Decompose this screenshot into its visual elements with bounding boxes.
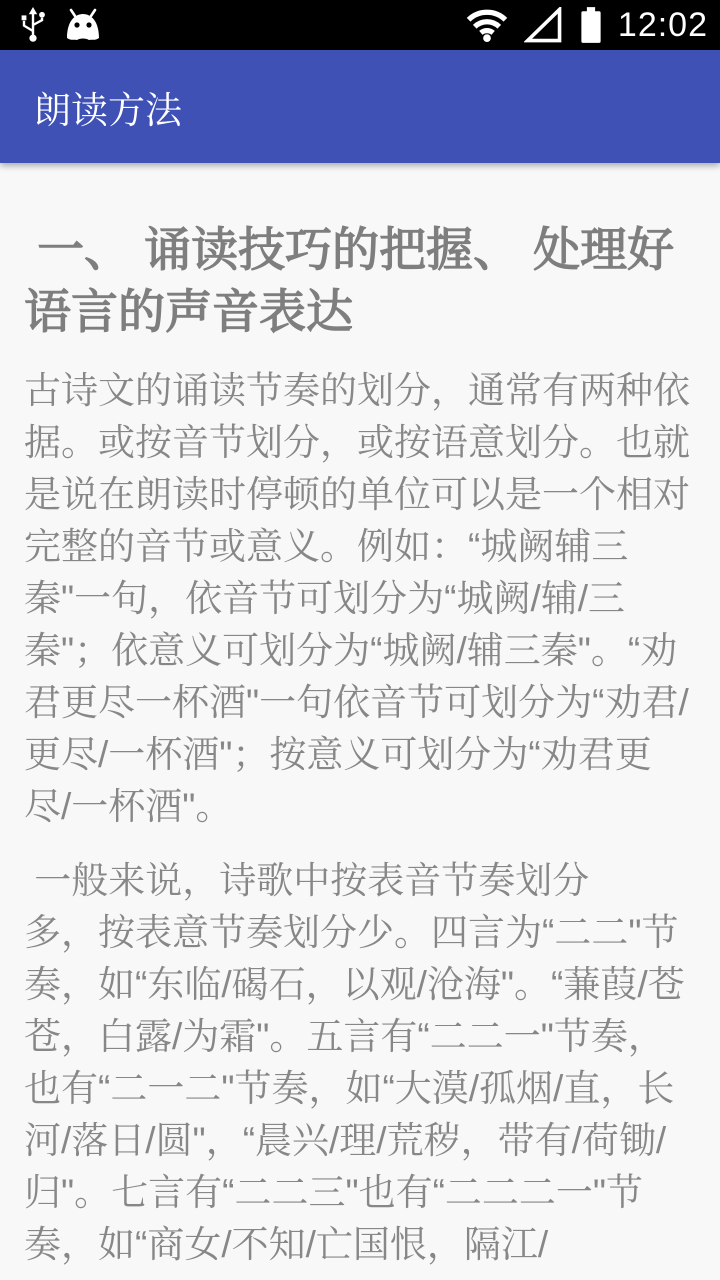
page-title: 朗读方法 — [34, 80, 182, 134]
status-bar-left — [10, 7, 104, 43]
app-bar: 朗读方法 — [0, 50, 720, 163]
article-heading: 一、 诵读技巧的把握、 处理好语言的声音表达 — [24, 219, 698, 343]
paragraph: 一般来说，诗歌中按表音节奏划分 多，按表意节奏划分少。四言为“二二"节奏，如“东… — [24, 855, 698, 1271]
android-debug-icon — [62, 7, 104, 43]
status-bar: 12:02 — [0, 0, 720, 50]
status-bar-right: 12:02 — [466, 0, 710, 50]
wifi-icon — [466, 8, 508, 42]
signal-empty-icon — [524, 7, 564, 43]
paragraph: 古诗文的诵读节奏的划分，通常有两种依据。或按音节划分，或按语意划分。也就是说在朗… — [24, 365, 698, 833]
usb-icon — [18, 7, 48, 43]
battery-full-icon — [580, 7, 602, 43]
clock: 12:02 — [618, 0, 708, 50]
content-scroll[interactable]: 一、 诵读技巧的把握、 处理好语言的声音表达 古诗文的诵读节奏的划分，通常有两种… — [0, 163, 720, 1280]
